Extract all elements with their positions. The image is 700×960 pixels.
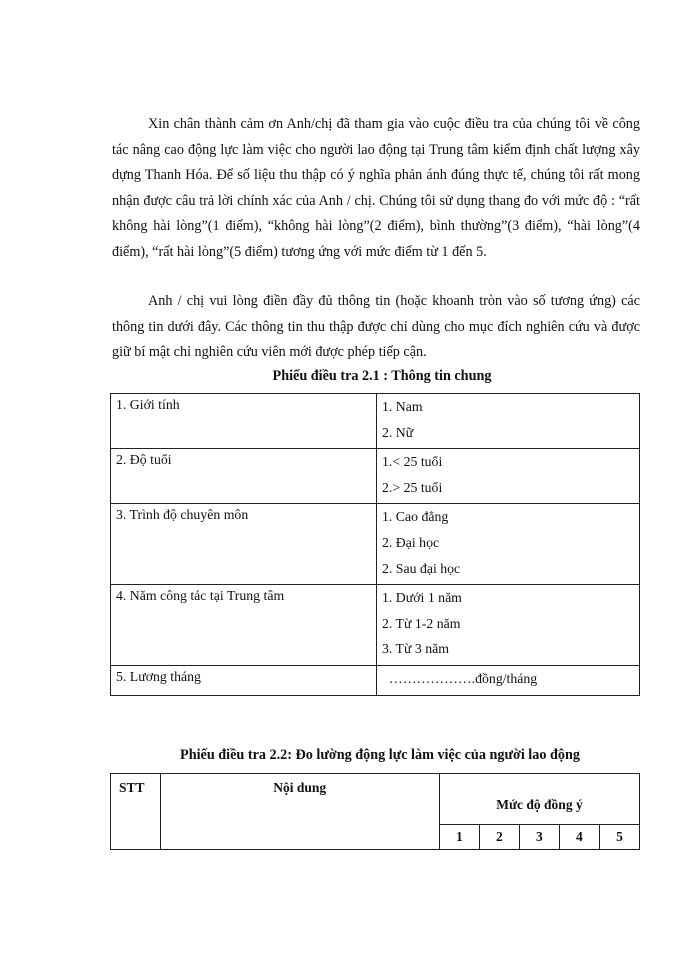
scale-1: 1 [439,825,479,850]
option-item[interactable]: 1.< 25 tuổi [382,452,635,478]
header-agreement-level: Mức độ đồng ý [439,774,639,825]
options-cell: 1. Dưới 1 năm2. Từ 1-2 năm3. Từ 3 năm [377,585,640,666]
option-item[interactable]: 1. Dưới 1 năm [382,588,635,614]
intro-paragraph-2-text: Anh / chị vui lòng điền đầy đủ thông tin… [112,293,640,360]
options-cell: 1.< 25 tuổi2.> 25 tuổi [377,449,640,504]
question-cell: 5. Lương tháng [111,665,377,695]
work-motivation-table: STT Nội dung Mức độ đồng ý 1 2 3 4 5 [110,773,640,850]
option-item[interactable]: 2. Nữ [382,423,635,449]
option-item[interactable]: 2. Từ 1-2 năm [382,614,635,640]
option-item[interactable]: ……………….đồng/tháng [382,669,635,695]
option-item[interactable]: 3. Từ 3 năm [382,639,635,665]
survey-2-1-title: Phiếu điều tra 2.1 : Thông tin chung [12,368,700,385]
options-cell: 1. Nam2. Nữ [377,394,640,449]
scale-4: 4 [559,825,599,850]
option-item[interactable]: 2.> 25 tuổi [382,478,635,504]
intro-paragraph-1-text: Xin chân thành cảm ơn Anh/chị đã tham gi… [112,116,640,260]
scale-3: 3 [519,825,559,850]
options-cell: ……………….đồng/tháng [377,665,640,695]
general-info-table: 1. Giới tính1. Nam2. Nữ2. Độ tuổi1.< 25 … [110,393,640,696]
question-cell: 1. Giới tính [111,394,377,449]
scale-2: 2 [479,825,519,850]
table-row: 1. Giới tính1. Nam2. Nữ [111,394,640,449]
question-cell: 4. Năm công tác tại Trung tâm [111,585,377,666]
option-item[interactable]: 1. Cao đẳng [382,507,635,533]
table-row: 2. Độ tuổi1.< 25 tuổi2.> 25 tuổi [111,449,640,504]
table-header-row: STT Nội dung Mức độ đồng ý [111,774,640,825]
scale-5: 5 [599,825,639,850]
header-stt: STT [111,774,161,850]
options-cell: 1. Cao đẳng2. Đại học2. Sau đại học [377,504,640,585]
survey-2-2-title: Phiếu điều tra 2.2: Đo lường động lực là… [30,747,700,764]
table-row: 3. Trình độ chuyên môn1. Cao đẳng2. Đại … [111,504,640,585]
intro-paragraph-2: Anh / chị vui lòng điền đầy đủ thông tin… [112,289,640,366]
option-item[interactable]: 2. Sau đại học [382,559,635,585]
option-item[interactable]: 2. Đại học [382,533,635,559]
question-cell: 2. Độ tuổi [111,449,377,504]
question-cell: 3. Trình độ chuyên môn [111,504,377,585]
option-item[interactable]: 1. Nam [382,397,635,423]
header-content: Nội dung [160,774,439,850]
table-row: 5. Lương tháng ……………….đồng/tháng [111,665,640,695]
table-row: 4. Năm công tác tại Trung tâm1. Dưới 1 n… [111,585,640,666]
intro-paragraph-1: Xin chân thành cảm ơn Anh/chị đã tham gi… [112,112,640,265]
